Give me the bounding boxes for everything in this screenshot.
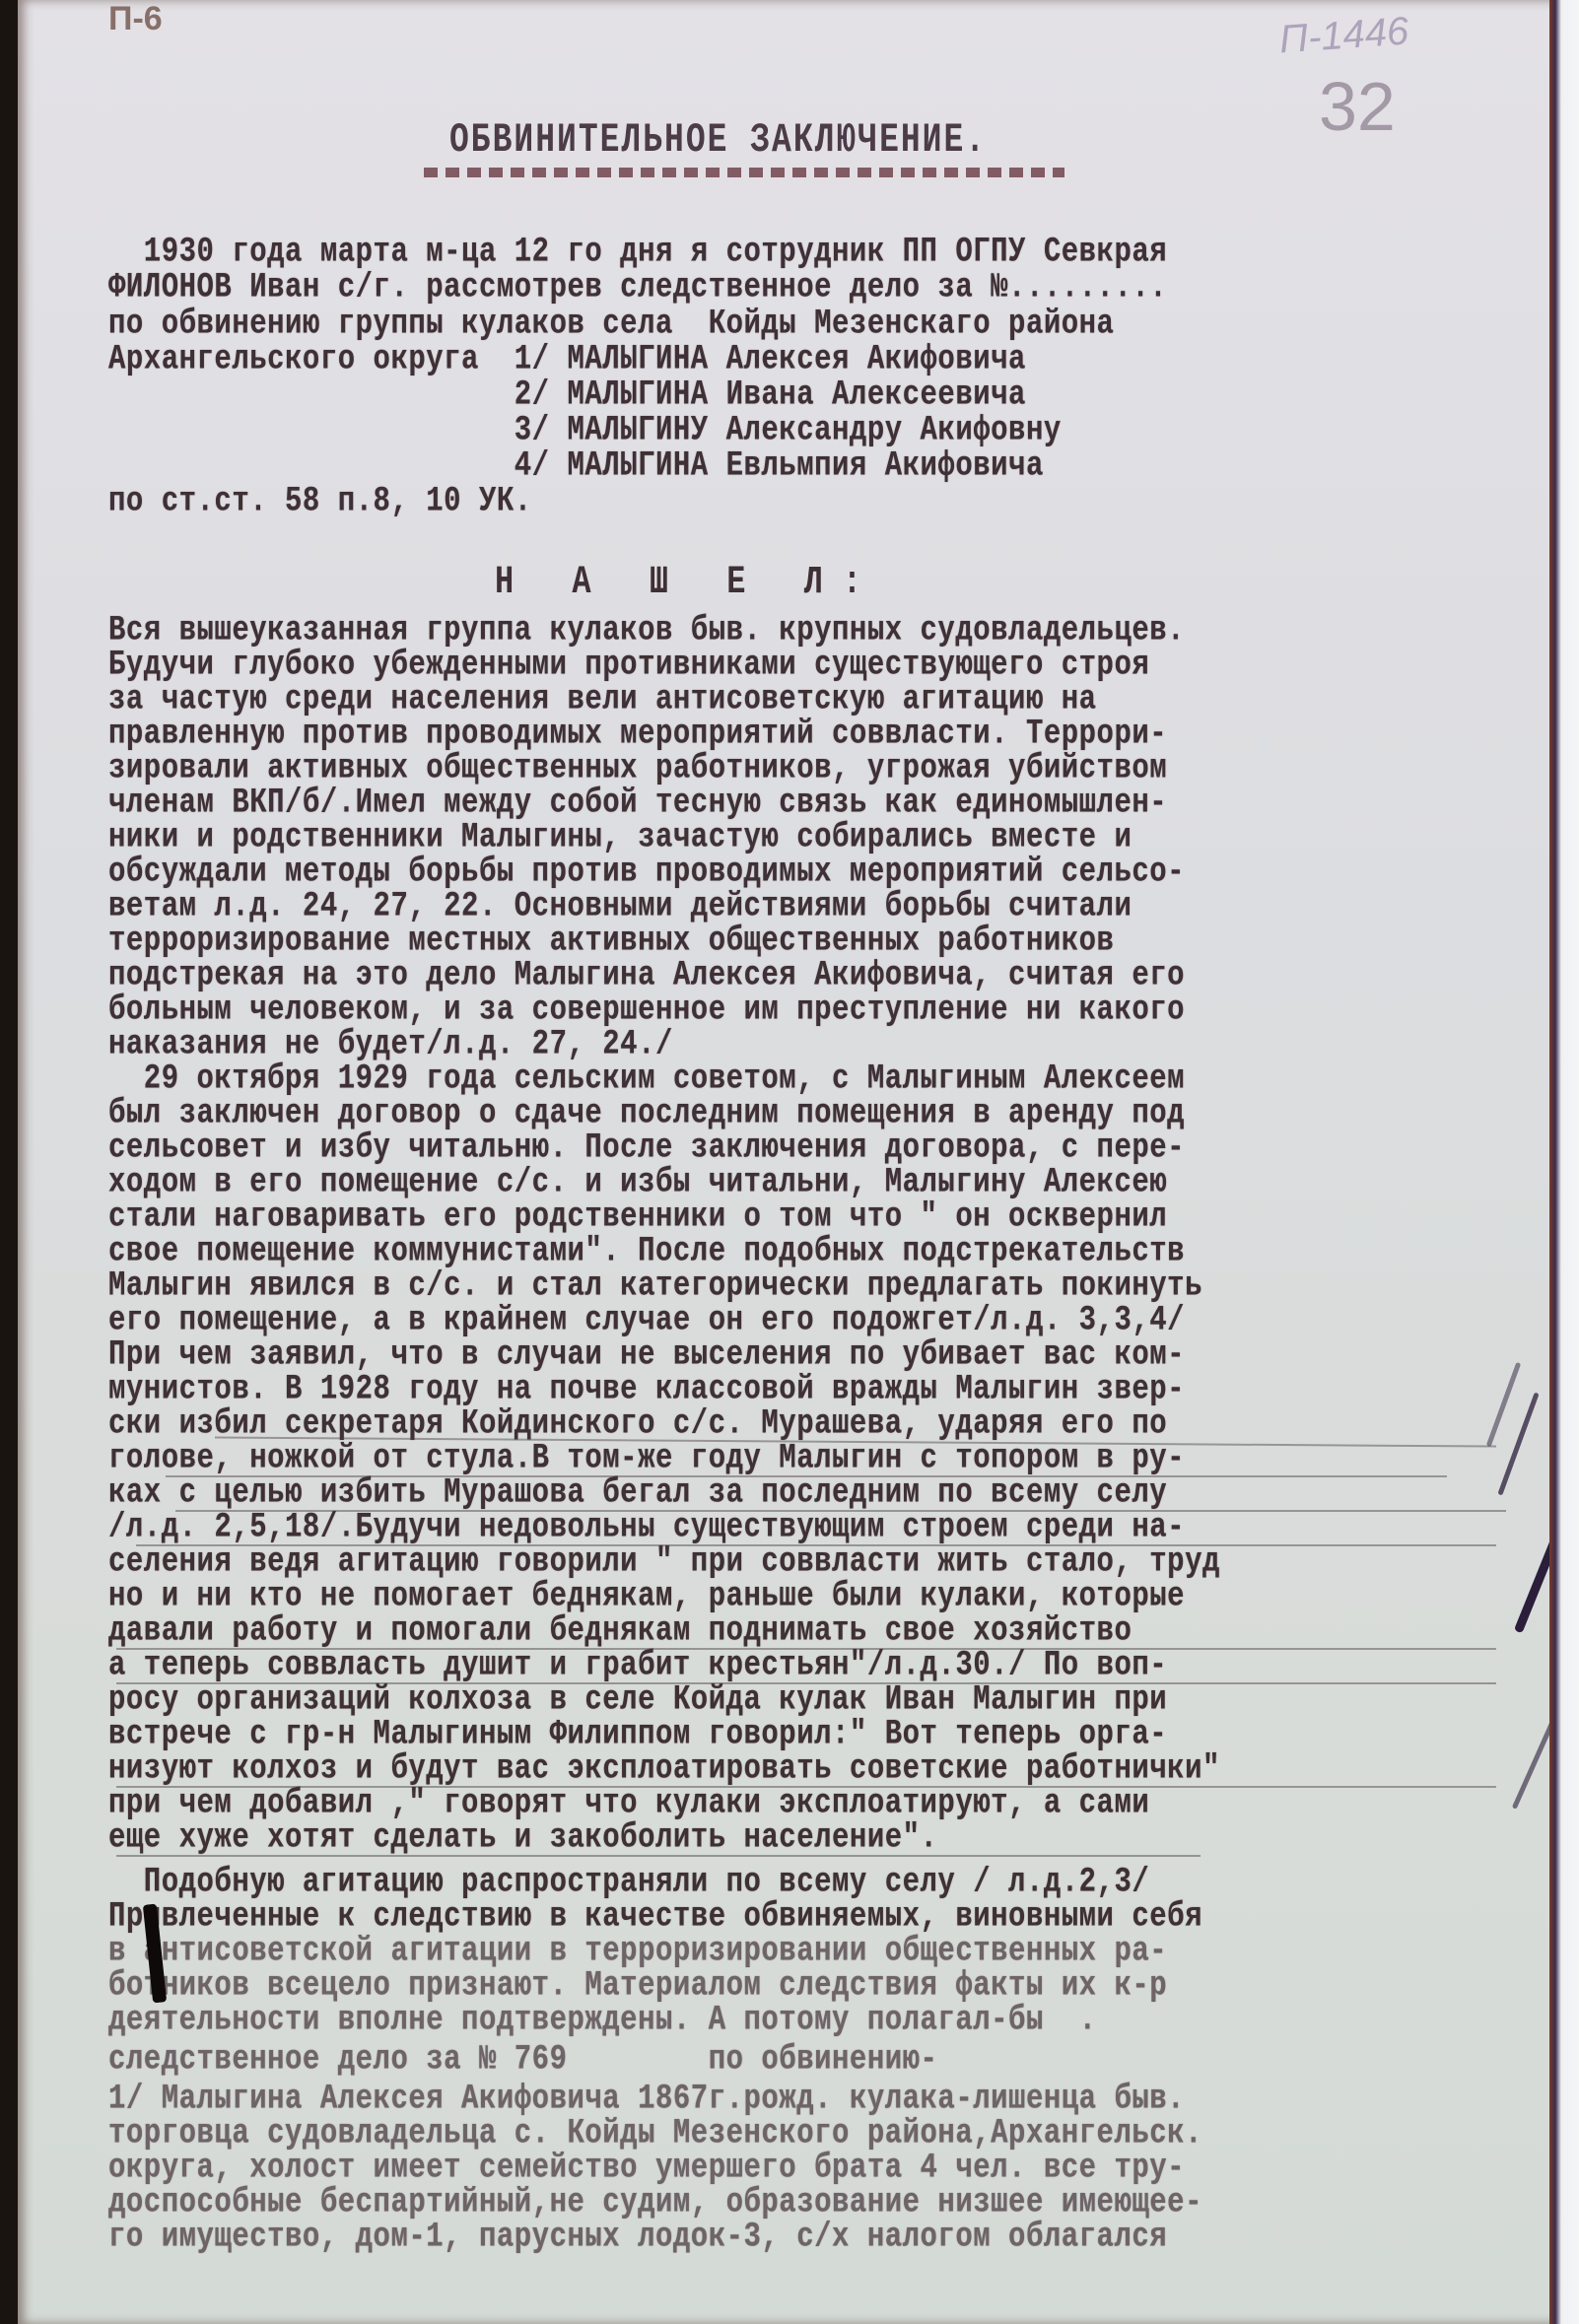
document-title: ОБВИНИТЕЛЬНОЕ ЗАКЛЮЧЕНИЕ. bbox=[449, 117, 987, 163]
pencil-underline bbox=[166, 1475, 1447, 1477]
sheet-number: 32 bbox=[1319, 67, 1396, 146]
pencil-underline bbox=[116, 1855, 1201, 1857]
archive-number: П-1446 bbox=[1278, 9, 1410, 62]
document-page: П-6 П-1446 32 ОБВИНИТЕЛЬНОЕ ЗАКЛЮЧЕНИЕ. … bbox=[18, 0, 1561, 2324]
title-underline bbox=[424, 168, 1064, 177]
margin-mark bbox=[1486, 1362, 1521, 1447]
pencil-underline bbox=[175, 1510, 1506, 1512]
pencil-underline bbox=[136, 1544, 1496, 1546]
section-heading-found: Н А Ш Е Л: bbox=[495, 559, 881, 604]
pencil-underline bbox=[116, 1786, 1496, 1788]
form-code: П-6 bbox=[108, 0, 163, 38]
page-edge bbox=[1549, 0, 1579, 2324]
pencil-underline bbox=[116, 1682, 1496, 1684]
pencil-underline bbox=[116, 1648, 1496, 1650]
